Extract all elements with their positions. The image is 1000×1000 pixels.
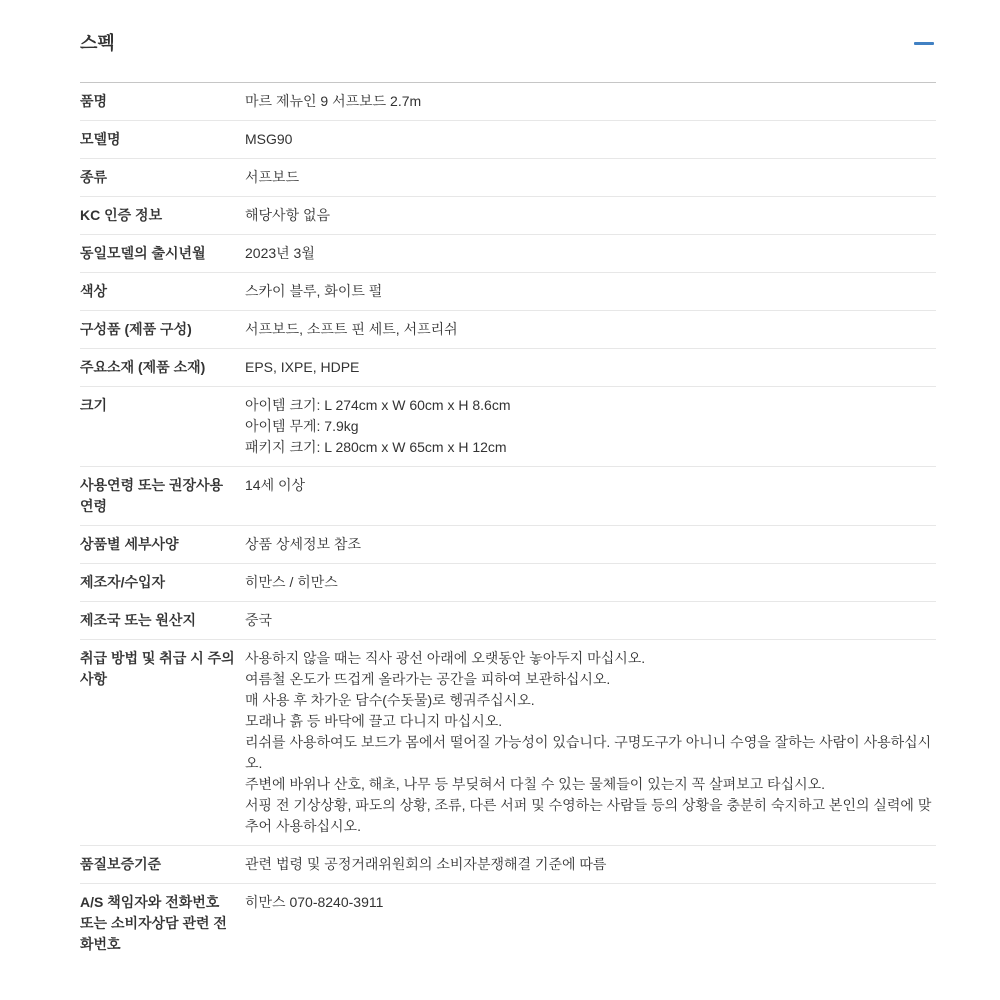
- spec-section: 스펙 품명마르 제뉴인 9 서프보드 2.7m모델명MSG90종류서프보드KC …: [80, 0, 936, 963]
- spec-label: 동일모델의 출시년월: [80, 243, 245, 264]
- spec-value-line: 해당사항 없음: [245, 205, 936, 226]
- spec-row: 취급 방법 및 취급 시 주의사항사용하지 않을 때는 직사 광선 아래에 오랫…: [80, 640, 936, 846]
- spec-value-line: 서핑 전 기상상황, 파도의 상황, 조류, 다른 서퍼 및 수영하는 사람들 …: [245, 795, 936, 837]
- section-collapse-button[interactable]: [912, 36, 936, 51]
- spec-value-line: 리쉬를 사용하여도 보드가 몸에서 떨어질 가능성이 있습니다. 구명도구가 아…: [245, 732, 936, 774]
- spec-label: 취급 방법 및 취급 시 주의사항: [80, 648, 245, 690]
- spec-value-line: 패키지 크기: L 280cm x W 65cm x H 12cm: [245, 437, 936, 458]
- spec-value-line: 2023년 3월: [245, 243, 936, 264]
- spec-value: 상품 상세정보 참조: [245, 534, 936, 555]
- spec-label: 제조자/수입자: [80, 572, 245, 593]
- spec-value-line: 스카이 블루, 화이트 펄: [245, 281, 936, 302]
- spec-value-line: MSG90: [245, 129, 936, 150]
- spec-value: 마르 제뉴인 9 서프보드 2.7m: [245, 91, 936, 112]
- spec-row: 제조국 또는 원산지중국: [80, 602, 936, 640]
- spec-label: A/S 책임자와 전화번호 또는 소비자상담 관련 전화번호: [80, 892, 245, 955]
- spec-label: 구성품 (제품 구성): [80, 319, 245, 340]
- spec-label: 종류: [80, 167, 245, 188]
- spec-row: 제조자/수입자히만스 / 히만스: [80, 564, 936, 602]
- spec-label: KC 인증 정보: [80, 205, 245, 226]
- spec-label: 제조국 또는 원산지: [80, 610, 245, 631]
- spec-row: 주요소재 (제품 소재)EPS, IXPE, HDPE: [80, 349, 936, 387]
- spec-label: 크기: [80, 395, 245, 416]
- spec-value-line: 서프보드: [245, 167, 936, 188]
- spec-value: 히만스 070-8240-3911: [245, 892, 936, 913]
- spec-value-line: 여름철 온도가 뜨겁게 올라가는 공간을 피하여 보관하십시오.: [245, 669, 936, 690]
- spec-value: 관련 법령 및 공정거래위원회의 소비자분쟁해결 기준에 따름: [245, 854, 936, 875]
- spec-row: 동일모델의 출시년월2023년 3월: [80, 235, 936, 273]
- spec-value-line: 아이템 크기: L 274cm x W 60cm x H 8.6cm: [245, 395, 936, 416]
- spec-value-line: 히만스 070-8240-3911: [245, 892, 936, 913]
- spec-value-line: 매 사용 후 차가운 담수(수돗물)로 헹궈주십시오.: [245, 690, 936, 711]
- spec-value: MSG90: [245, 129, 936, 150]
- spec-value: 히만스 / 히만스: [245, 572, 936, 593]
- spec-label: 품명: [80, 91, 245, 112]
- spec-row: 사용연령 또는 권장사용연령14세 이상: [80, 467, 936, 526]
- section-header: 스펙: [80, 32, 936, 83]
- spec-value-line: 14세 이상: [245, 475, 936, 496]
- spec-value: 사용하지 않을 때는 직사 광선 아래에 오랫동안 놓아두지 마십시오.여름철 …: [245, 648, 936, 837]
- spec-row: 색상스카이 블루, 화이트 펄: [80, 273, 936, 311]
- spec-value-line: 마르 제뉴인 9 서프보드 2.7m: [245, 91, 936, 112]
- spec-row: 상품별 세부사양상품 상세정보 참조: [80, 526, 936, 564]
- spec-value: 아이템 크기: L 274cm x W 60cm x H 8.6cm아이템 무게…: [245, 395, 936, 458]
- spec-value-line: 주변에 바위나 산호, 해초, 나무 등 부딪혀서 다칠 수 있는 물체들이 있…: [245, 774, 936, 795]
- spec-label: 품질보증기준: [80, 854, 245, 875]
- spec-value-line: 중국: [245, 610, 936, 631]
- spec-value-line: 히만스 / 히만스: [245, 572, 936, 593]
- spec-value-line: 상품 상세정보 참조: [245, 534, 936, 555]
- spec-label: 상품별 세부사양: [80, 534, 245, 555]
- spec-value-line: 관련 법령 및 공정거래위원회의 소비자분쟁해결 기준에 따름: [245, 854, 936, 875]
- spec-label: 사용연령 또는 권장사용연령: [80, 475, 245, 517]
- spec-row: 품명마르 제뉴인 9 서프보드 2.7m: [80, 83, 936, 121]
- spec-value-line: 모래나 흙 등 바닥에 끌고 다니지 마십시오.: [245, 711, 936, 732]
- page: 스펙 품명마르 제뉴인 9 서프보드 2.7m모델명MSG90종류서프보드KC …: [0, 0, 1000, 1000]
- spec-row: A/S 책임자와 전화번호 또는 소비자상담 관련 전화번호히만스 070-82…: [80, 884, 936, 963]
- spec-row: 크기아이템 크기: L 274cm x W 60cm x H 8.6cm아이템 …: [80, 387, 936, 467]
- spec-value-line: 사용하지 않을 때는 직사 광선 아래에 오랫동안 놓아두지 마십시오.: [245, 648, 936, 669]
- spec-value: 서프보드, 소프트 핀 세트, 서프리쉬: [245, 319, 936, 340]
- spec-row: 모델명MSG90: [80, 121, 936, 159]
- spec-value-line: 아이템 무게: 7.9kg: [245, 416, 936, 437]
- spec-label: 주요소재 (제품 소재): [80, 357, 245, 378]
- spec-value: 서프보드: [245, 167, 936, 188]
- spec-value: 2023년 3월: [245, 243, 936, 264]
- spec-label: 모델명: [80, 129, 245, 150]
- section-title: 스펙: [80, 32, 115, 54]
- spec-row: 종류서프보드: [80, 159, 936, 197]
- spec-value: 14세 이상: [245, 475, 936, 496]
- spec-value: 해당사항 없음: [245, 205, 936, 226]
- spec-row: 구성품 (제품 구성)서프보드, 소프트 핀 세트, 서프리쉬: [80, 311, 936, 349]
- spec-value: 스카이 블루, 화이트 펄: [245, 281, 936, 302]
- spec-label: 색상: [80, 281, 245, 302]
- spec-value: EPS, IXPE, HDPE: [245, 357, 936, 378]
- spec-value-line: EPS, IXPE, HDPE: [245, 357, 936, 378]
- spec-row: KC 인증 정보해당사항 없음: [80, 197, 936, 235]
- spec-value-line: 서프보드, 소프트 핀 세트, 서프리쉬: [245, 319, 936, 340]
- spec-value: 중국: [245, 610, 936, 631]
- minus-icon: [914, 42, 934, 45]
- spec-row: 품질보증기준관련 법령 및 공정거래위원회의 소비자분쟁해결 기준에 따름: [80, 846, 936, 884]
- spec-table: 품명마르 제뉴인 9 서프보드 2.7m모델명MSG90종류서프보드KC 인증 …: [80, 83, 936, 963]
